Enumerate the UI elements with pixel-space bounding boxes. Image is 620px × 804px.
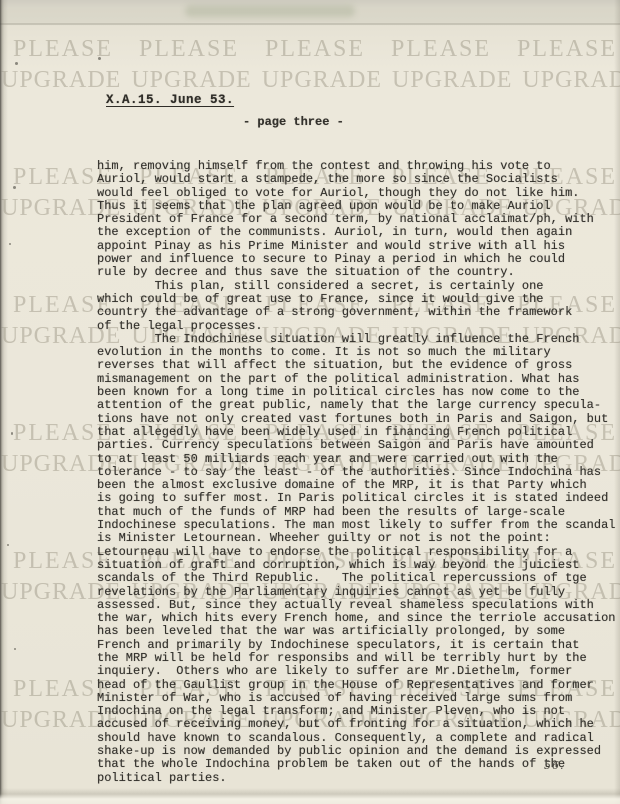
paper-speck (13, 186, 16, 189)
scanned-document-page: PLEASE PLEASE PLEASE PLEASE PLEASEUPGRAD… (0, 0, 620, 804)
document-line: mismanagement on the part of the politic… (97, 373, 620, 386)
handwritten-page-number: 56. (544, 759, 565, 772)
document-line: This plan, still considered a secret, is… (97, 280, 620, 293)
document-line: tolerance - to say the least - of the au… (97, 466, 620, 479)
document-line: shake-up is now demanded by public opini… (97, 745, 620, 758)
document-body: him, removing himself from the contest a… (97, 160, 620, 785)
document-line: him, removing himself from the contest a… (97, 160, 620, 173)
document-line: to at least 50 milliards each year and w… (97, 453, 620, 466)
ink-bleed-smudge (185, 5, 355, 17)
document-line: situation of graft and corruption, which… (97, 559, 620, 572)
document-line: the war, which hits every French home, a… (97, 612, 620, 625)
document-line: is going to suffer most. In Paris politi… (97, 492, 620, 505)
document-line: French and primarily by Indochinese spec… (97, 639, 620, 652)
document-line: parties. Currency speculations between S… (97, 439, 620, 452)
document-line: Minister of War, who is accused of havin… (97, 692, 620, 705)
document-line: Auriol, would start a stampede, the more… (97, 173, 620, 186)
document-line: is Minister Letournean. Wheeher guilty o… (97, 532, 620, 545)
document-line: been known for a long time in political … (97, 386, 620, 399)
document-line: the MRP will be held for responsibs and … (97, 652, 620, 665)
document-line: been the almost exclusive domaine of the… (97, 479, 620, 492)
document-line: evolution in the months to come. It is n… (97, 346, 620, 359)
document-line: which could be of great use to France, s… (97, 293, 620, 306)
document-line: that the whole Indochina problem be take… (97, 758, 620, 771)
document-line: tions have not only created vast fortune… (97, 413, 620, 426)
document-line: the exception of the communists. Auriol,… (97, 226, 620, 239)
page-label: - page three - (243, 115, 344, 129)
scan-left-edge (0, 0, 8, 804)
document-line: scandals of the Third Republic. The poli… (97, 572, 620, 585)
document-line: Letourneau will have to endorse the poli… (97, 546, 620, 559)
document-line: inquiery. Others who are likely to suffe… (97, 665, 620, 678)
document-line: attention of the great public, namely th… (97, 399, 620, 412)
paper-speck (7, 544, 9, 546)
scan-top-edge (0, 23, 620, 25)
watermark-text-upgrade: UPGRADE UPGRADE UPGRADE UPGRADE UPGRADE (0, 67, 620, 94)
scan-bottom-edge (0, 788, 620, 804)
document-line: Indochinese speculations. The man most l… (97, 519, 620, 532)
paper-speck (11, 432, 13, 435)
document-line: that much of the funds of MRP had been t… (97, 506, 620, 519)
paper-speck (15, 62, 18, 65)
watermark-text-please: PLEASE PLEASE PLEASE PLEASE PLEASE (0, 36, 620, 63)
document-line: appoint Pinay as his Prime Minister and … (97, 240, 620, 253)
paper-speck (98, 57, 101, 60)
document-line: would feel obliged to vote for Auriol, t… (97, 187, 620, 200)
document-line: accused of receiving money, but of front… (97, 718, 620, 731)
document-line: of the legal processes. (97, 320, 620, 333)
document-line: country the advantage of a strong govern… (97, 306, 620, 319)
document-line: power and influence to secure to Pinay a… (97, 253, 620, 266)
document-line: should have known to scandalous. Consequ… (97, 732, 620, 745)
paper-speck (14, 648, 16, 650)
document-line: revelations by the Parliamentary inquiri… (97, 586, 620, 599)
watermark-row: PLEASE PLEASE PLEASE PLEASE PLEASEUPGRAD… (0, 36, 620, 94)
document-reference: X.A.15. June 53. (106, 93, 234, 107)
document-line: has been leveled that the war was artifi… (97, 625, 620, 638)
document-line: The Indochinese situation will greatly i… (97, 333, 620, 346)
document-line: Indochina on the legal transform; and Mi… (97, 705, 620, 718)
document-line: assessed. But, since they actually revea… (97, 599, 620, 612)
document-line: rule by decree and thus save the situati… (97, 266, 620, 279)
paper-speck (9, 243, 11, 245)
document-line: that allegedly have been widely used in … (97, 426, 620, 439)
document-line: President of France for a second term, b… (97, 213, 620, 226)
document-line: political parties. (97, 772, 620, 785)
document-line: reverses that will affect the situation,… (97, 359, 620, 372)
document-line: Thus it seems that the plan agreed upon … (97, 200, 620, 213)
document-line: head of the Gaullist group in the House … (97, 679, 620, 692)
